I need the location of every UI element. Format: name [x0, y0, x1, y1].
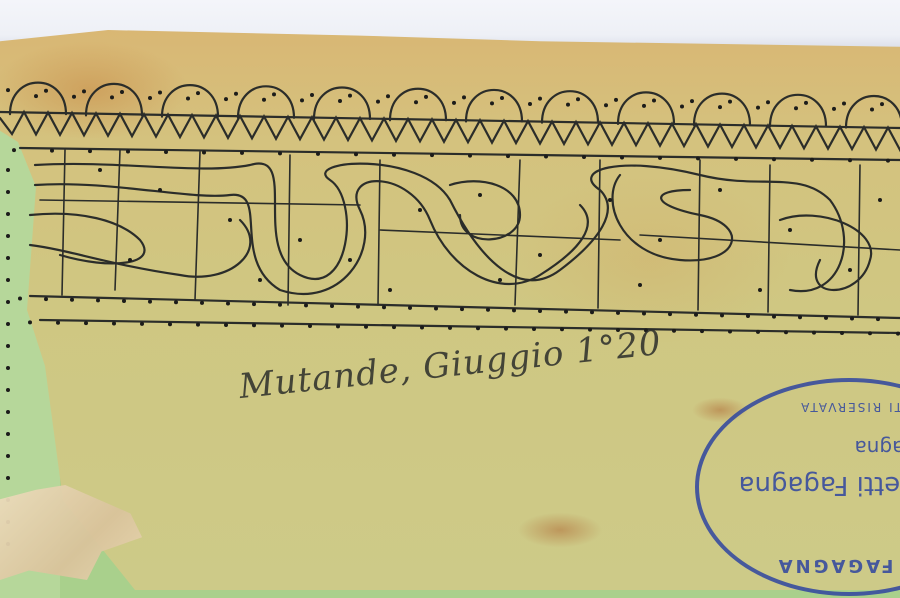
scallop-arch	[618, 92, 674, 124]
scallop-arch	[846, 96, 900, 128]
edge-line-bottom	[20, 148, 900, 160]
scallop-arch	[86, 84, 142, 116]
stamp-line-2: Fagagna	[854, 436, 900, 460]
scallop-arch	[542, 91, 598, 123]
scallop-arch	[694, 94, 750, 126]
scallop-arch	[238, 86, 294, 118]
scallop-arch	[770, 95, 826, 127]
stamp-line-1: ...erletti Fagagna	[739, 470, 900, 500]
scallop-arch	[10, 83, 66, 115]
zigzag-edging	[0, 112, 900, 150]
edge-line-top	[0, 112, 900, 128]
stamp-arc-top: ... DI FAGAGNA	[776, 555, 900, 576]
scallop-arch	[466, 90, 522, 122]
stamp-arc-bottom: ...STI RISERVATA	[799, 400, 900, 414]
border-line-2	[40, 320, 900, 333]
scallop-arch	[390, 89, 446, 121]
border-line-1	[30, 296, 900, 318]
scallop-arch	[162, 85, 218, 117]
scallop-arch	[314, 88, 370, 120]
